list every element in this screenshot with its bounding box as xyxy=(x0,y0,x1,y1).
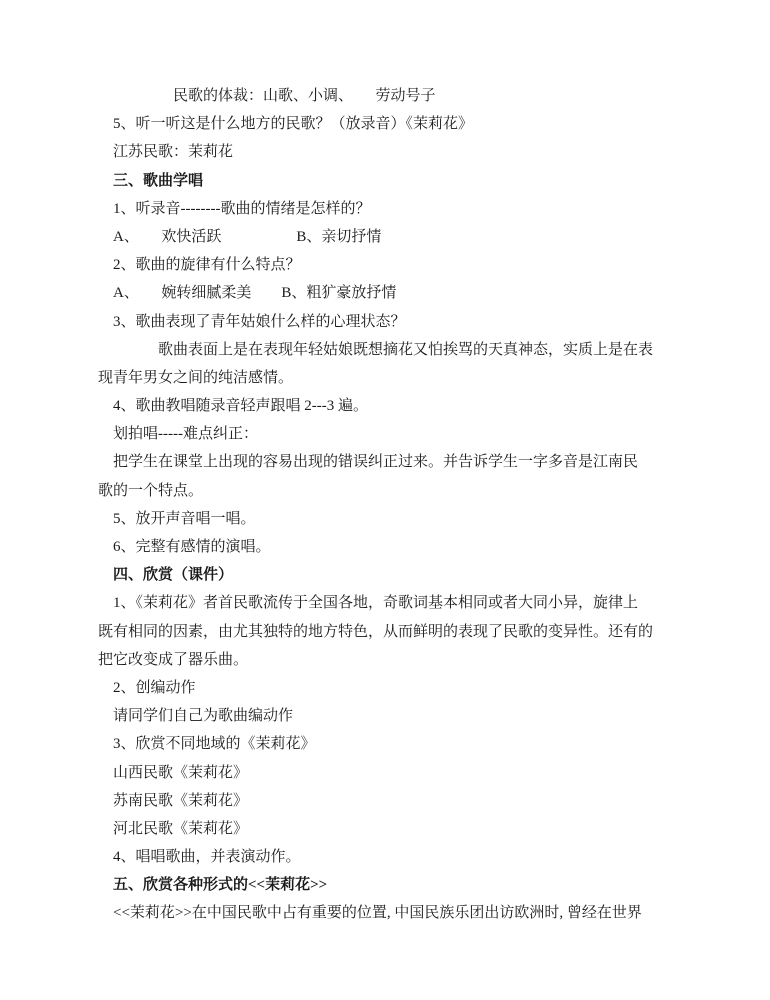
line-jiangsu-folk-song: 江苏民歌：茉莉花 xyxy=(98,138,673,166)
line-jasmine-intro: <<茉莉花>>在中国民歌中占有重要的位置, 中国民族乐团出访欧洲时, 曾经在世界 xyxy=(98,899,673,927)
line-invite-students: 请同学们自己为歌曲编动作 xyxy=(98,702,673,730)
line-q2-options: A、 婉转细腻柔美 B、粗犷豪放抒情 xyxy=(98,279,673,307)
line-q4-sing-along: 4、歌曲教唱随录音轻声跟唱 2---3 遍。 xyxy=(98,392,673,420)
line-q1-listen-mood: 1、听录音--------歌曲的情绪是怎样的？ xyxy=(98,195,673,223)
line-shanxi-folk-song: 山西民歌《茉莉花》 xyxy=(98,759,673,787)
line-q2-melody-feature: 2、歌曲的旋律有什么特点？ xyxy=(98,251,673,279)
line-q5-listen-region: 5、听一听这是什么地方的民歌？（放录音）《茉莉花》 xyxy=(98,110,673,138)
line-appreciation-part2: 既有相同的因素，由尤其独特的地方特色，从而鲜明的表现了民歌的变异性。还有的 xyxy=(98,618,673,646)
line-correction-part2: 歌的一个特点。 xyxy=(98,477,673,505)
document-page: 民歌的体裁：山歌、小调、 劳动号子 5、听一听这是什么地方的民歌？（放录音）《茉… xyxy=(0,0,770,1000)
line-regional-jasmine: 3、欣赏不同地域的《茉莉花》 xyxy=(98,730,673,758)
line-appreciation-part1: 1、《茉莉花》者首民歌流传于全国各地，奇歌词基本相同或者大同小异，旋律上 xyxy=(98,589,673,617)
line-hebei-folk-song: 河北民歌《茉莉花》 xyxy=(98,815,673,843)
line-sing-and-perform: 4、唱唱歌曲，并表演动作。 xyxy=(98,843,673,871)
line-beat-sing-correction: 划拍唱-----难点纠正： xyxy=(98,420,673,448)
line-folk-song-genres: 民歌的体裁：山歌、小调、 劳动号子 xyxy=(98,82,673,110)
line-q1-options: A、 欢快活跃 B、亲切抒情 xyxy=(98,223,673,251)
line-sunan-folk-song: 苏南民歌《茉莉花》 xyxy=(98,787,673,815)
heading-section-four-appreciation: 四、欣赏（课件） xyxy=(98,561,673,589)
line-correction-part1: 把学生在课堂上出现的容易出现的错误纠正过来。并告诉学生一字多音是江南民 xyxy=(98,448,673,476)
line-q5-sing-out-loud: 5、放开声音唱一唱。 xyxy=(98,505,673,533)
line-q3-answer-part2: 现青年男女之间的纯洁感情。 xyxy=(98,364,673,392)
lesson-plan-text: 民歌的体裁：山歌、小调、 劳动号子 5、听一听这是什么地方的民歌？（放录音）《茉… xyxy=(98,82,673,928)
heading-section-three-learn-song: 三、歌曲学唱 xyxy=(98,167,673,195)
heading-section-five-jasmine-forms: 五、欣赏各种形式的<<茉莉花>> xyxy=(98,871,673,899)
line-q6-sing-with-emotion: 6、完整有感情的演唱。 xyxy=(98,533,673,561)
line-appreciation-part3: 把它改变成了器乐曲。 xyxy=(98,646,673,674)
line-q3-psychology: 3、歌曲表现了青年姑娘什么样的心理状态？ xyxy=(98,308,673,336)
line-q3-answer-part1: 歌曲表面上是在表现年轻姑娘既想摘花又怕挨骂的天真神态，实质上是在表 xyxy=(98,336,673,364)
line-create-movements: 2、创编动作 xyxy=(98,674,673,702)
